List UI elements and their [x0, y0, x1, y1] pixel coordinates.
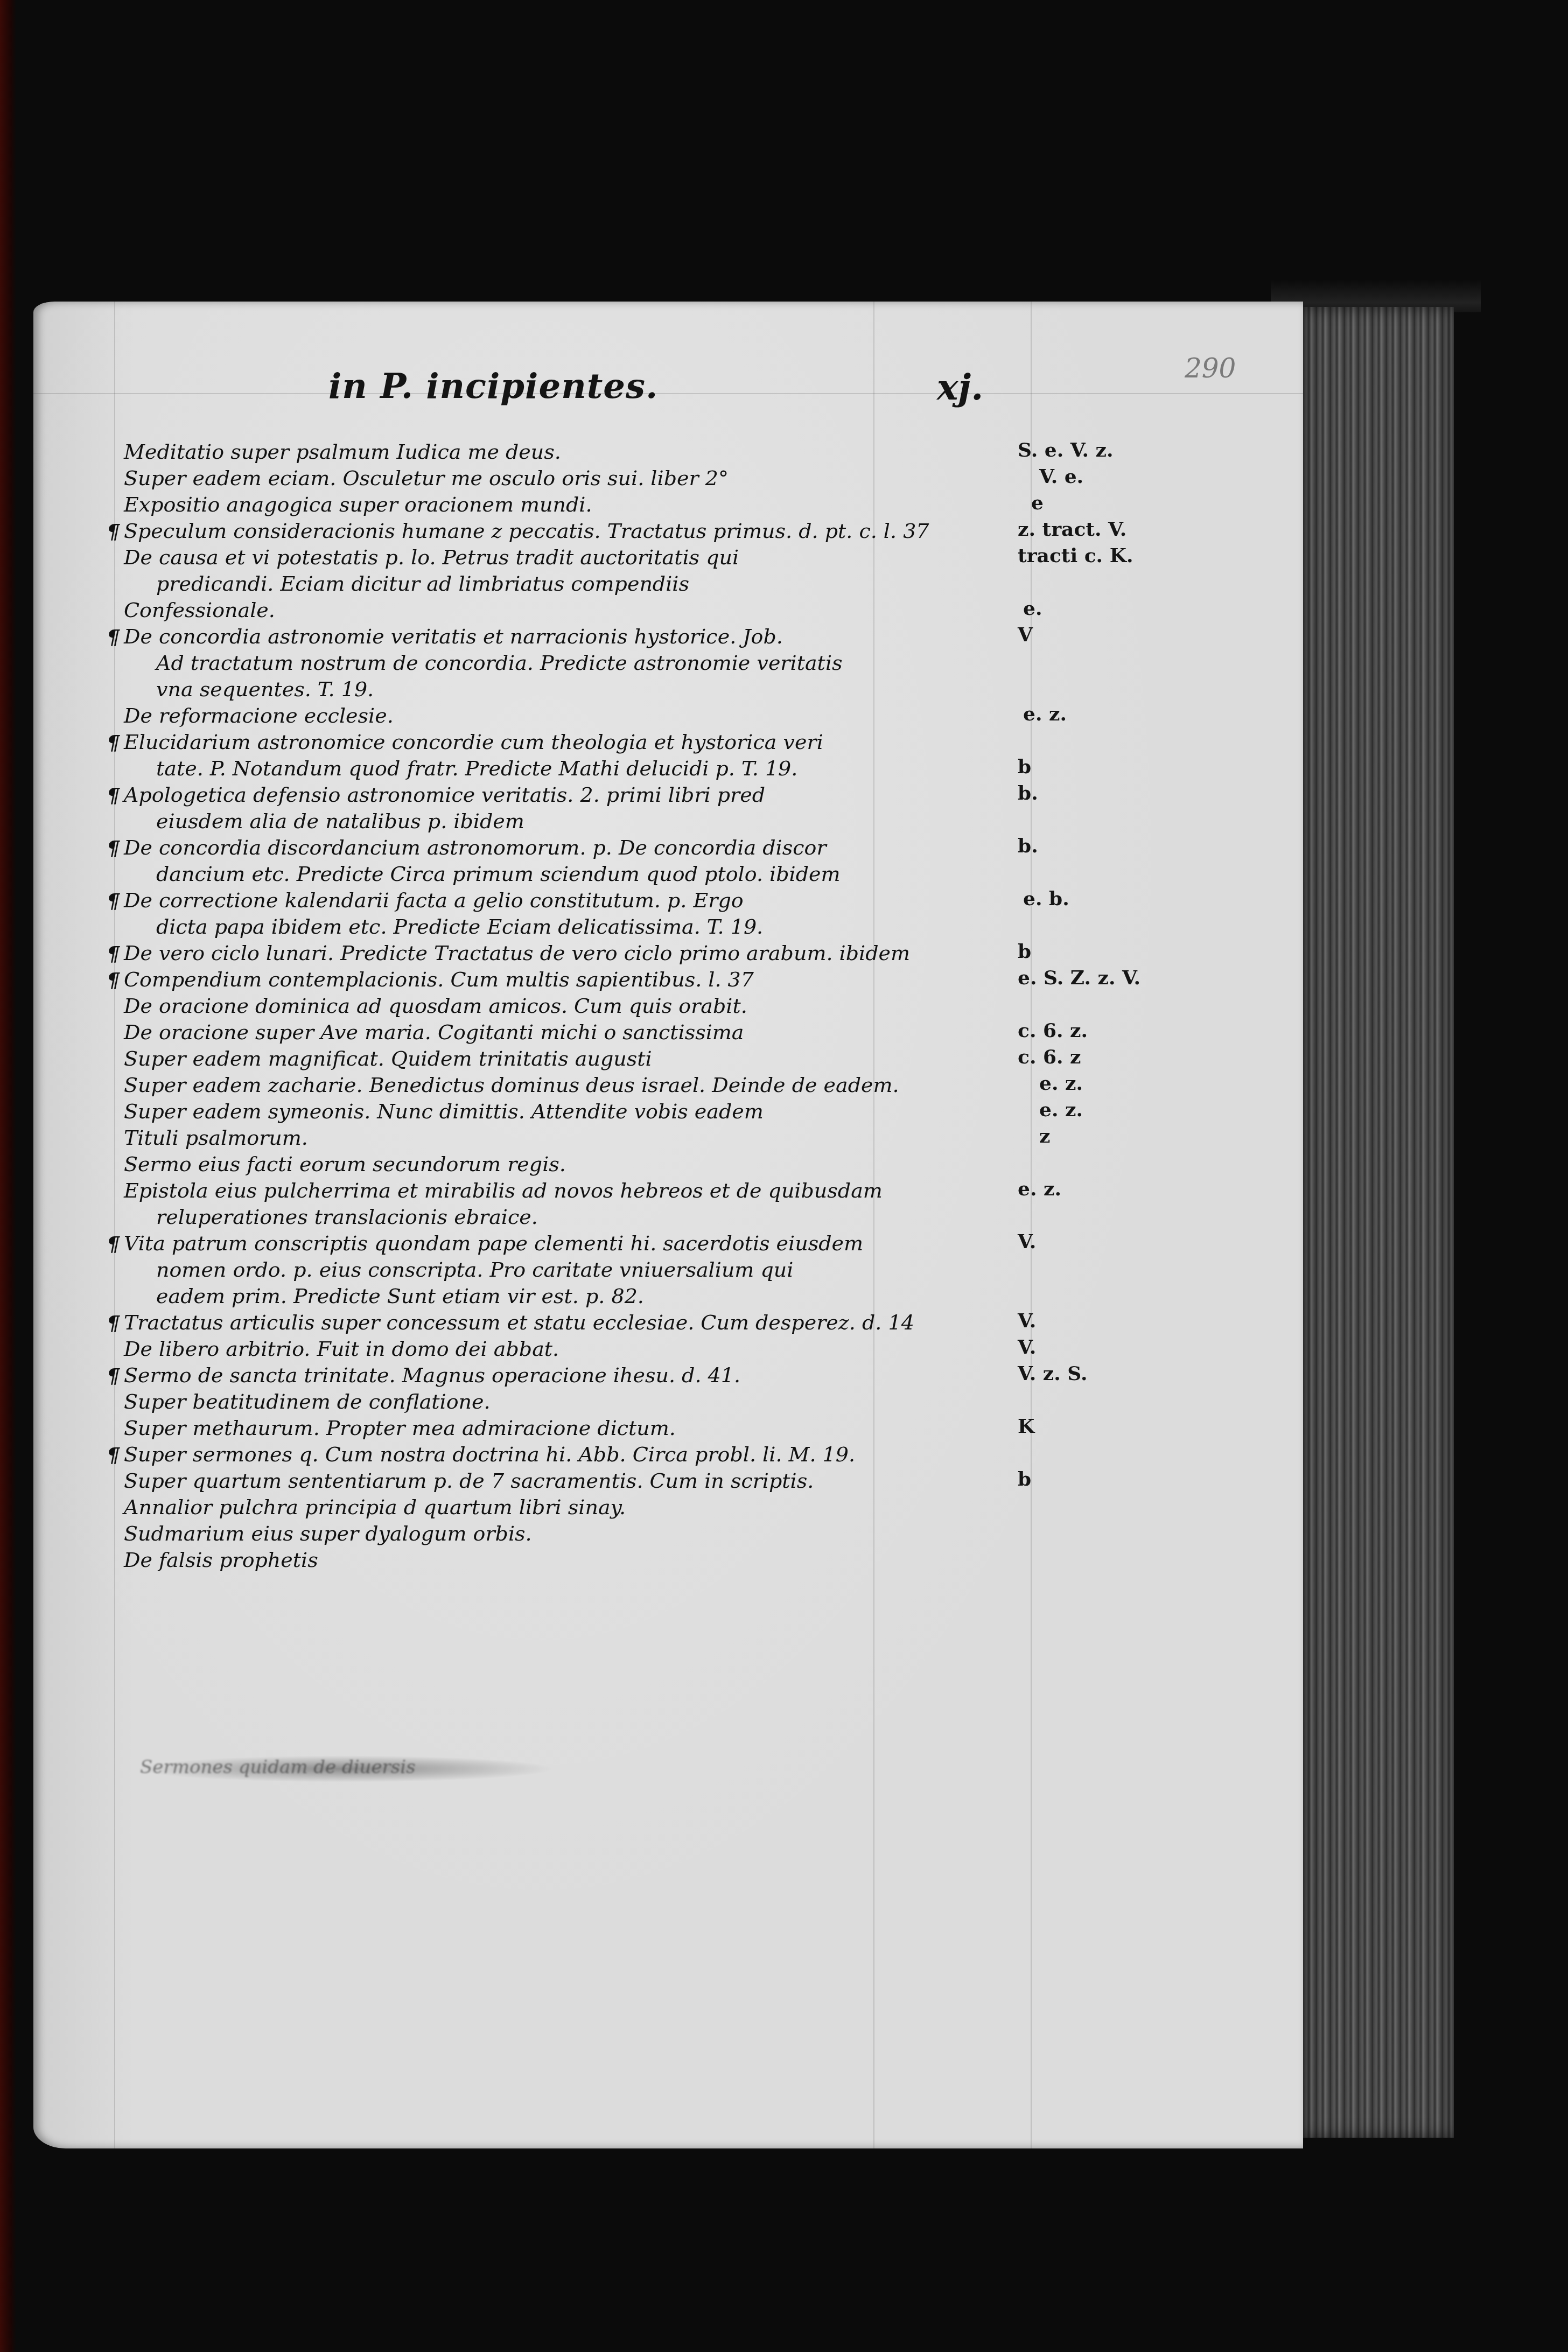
- ruling-line: [1031, 302, 1032, 2148]
- book-fore-edge: [1303, 307, 1454, 2138]
- shelfmark-siglum: e. z.: [1018, 1178, 1061, 1200]
- catalogue-entry: Ad tractatum nostrum de concordia. Predi…: [124, 650, 964, 676]
- quire-mark: xj.: [937, 366, 983, 408]
- catalogue-entry: dancium etc. Predicte Circa primum scien…: [124, 861, 964, 887]
- shelfmark-siglum: b: [1018, 755, 1031, 778]
- catalogue-entry: Meditatio super psalmum Iudica me deus.: [124, 439, 964, 465]
- smudged-line: Sermones quidam de diuersis: [140, 1756, 416, 1778]
- catalogue-entry: Speculum consideracionis humane z peccat…: [124, 518, 964, 544]
- shelfmark-siglum: V.: [1018, 1230, 1036, 1253]
- shelfmark-siglum: e. z.: [1023, 703, 1067, 725]
- catalogue-entry: Sudmarium eius super dyalogum orbis.: [124, 1521, 964, 1547]
- shelfmark-siglum: V. z. S.: [1018, 1362, 1087, 1385]
- catalogue-entry: reluperationes translacionis ebraice.: [124, 1204, 964, 1230]
- shelfmark-siglum: e. S. Z. z. V.: [1018, 967, 1140, 989]
- shelfmark-siglum: tracti c. K.: [1018, 544, 1133, 567]
- shelfmark-siglum: b: [1018, 940, 1031, 963]
- shelfmark-siglum: V: [1018, 624, 1033, 646]
- shelfmark-siglum: V. e.: [1039, 465, 1083, 488]
- catalogue-entry: Super quartum sententiarum p. de 7 sacra…: [124, 1468, 964, 1494]
- catalogue-entry: dicta papa ibidem etc. Predicte Eciam de…: [124, 914, 964, 940]
- catalogue-entries: Meditatio super psalmum Iudica me deus.S…: [124, 439, 964, 1573]
- shelfmark-siglum: b.: [1018, 782, 1038, 804]
- catalogue-entry: Tituli psalmorum.: [124, 1125, 964, 1151]
- shelfmark-siglum: e. b.: [1023, 887, 1069, 910]
- catalogue-entry: Expositio anagogica super oracionem mund…: [124, 492, 964, 518]
- shelfmark-siglum: K: [1018, 1415, 1034, 1438]
- catalogue-entry: Tractatus articulis super concessum et s…: [124, 1310, 964, 1336]
- catalogue-entry: De causa et vi potestatis p. lo. Petrus …: [124, 544, 964, 571]
- catalogue-entry: eadem prim. Predicte Sunt etiam vir est.…: [124, 1283, 964, 1310]
- catalogue-entry: eiusdem alia de natalibus p. ibidem: [124, 808, 964, 835]
- catalogue-entry: predicandi. Eciam dicitur ad limbriatus …: [124, 571, 964, 597]
- catalogue-entry: Confessionale.: [124, 597, 964, 624]
- catalogue-entry: Super eadem magnificat. Quidem trinitati…: [124, 1046, 964, 1072]
- shelfmark-siglum: e. z.: [1039, 1098, 1083, 1121]
- shelfmark-siglum: b.: [1018, 835, 1038, 857]
- catalogue-entry: Super beatitudinem de conflatione.: [124, 1389, 964, 1415]
- catalogue-entry: De oracione super Ave maria. Cogitanti m…: [124, 1019, 964, 1046]
- shelfmark-siglum: V.: [1018, 1310, 1036, 1332]
- catalogue-entry: Super eadem zacharie. Benedictus dominus…: [124, 1072, 964, 1098]
- catalogue-entry: Vita patrum conscriptis quondam pape cle…: [124, 1230, 964, 1257]
- catalogue-entry: De concordia astronomie veritatis et nar…: [124, 624, 964, 650]
- catalogue-entry: De falsis prophetis: [124, 1547, 964, 1573]
- catalogue-entry: Annalior pulchra principia d quartum lib…: [124, 1494, 964, 1521]
- ruling-line: [114, 302, 115, 2148]
- catalogue-entry: Apologetica defensio astronomice veritat…: [124, 782, 964, 808]
- catalogue-entry: tate. P. Notandum quod fratr. Predicte M…: [124, 755, 964, 782]
- catalogue-entry: Super methaurum. Propter mea admiracione…: [124, 1415, 964, 1441]
- folio-number: 290: [1185, 353, 1236, 384]
- catalogue-entry: De correctione kalendarii facta a gelio …: [124, 887, 964, 914]
- shelfmark-siglum: b: [1018, 1468, 1031, 1490]
- catalogue-entry: Super eadem symeonis. Nunc dimittis. Att…: [124, 1098, 964, 1125]
- catalogue-entry: De oracione dominica ad quosdam amicos. …: [124, 993, 964, 1019]
- shelfmark-siglum: z. tract. V.: [1018, 518, 1126, 541]
- catalogue-entry: Elucidarium astronomice concordie cum th…: [124, 729, 964, 755]
- catalogue-entry: vna sequentes. T. 19.: [124, 676, 964, 703]
- catalogue-entry: Sermo de sancta trinitate. Magnus operac…: [124, 1362, 964, 1389]
- running-heading: in P. incipientes.: [328, 366, 658, 407]
- catalogue-entry: Super sermones q. Cum nostra doctrina hi…: [124, 1441, 964, 1468]
- catalogue-entry: De reformacione ecclesie.: [124, 703, 964, 729]
- shelfmark-siglum: e: [1031, 492, 1044, 514]
- shelfmark-siglum: V.: [1018, 1336, 1036, 1359]
- shelfmark-siglum: e. z.: [1039, 1072, 1083, 1095]
- catalogue-entry: nomen ordo. p. eius conscripta. Pro cari…: [124, 1257, 964, 1283]
- catalogue-entry: De libero arbitrio. Fuit in domo dei abb…: [124, 1336, 964, 1362]
- catalogue-entry: Sermo eius facti eorum secundorum regis.: [124, 1151, 964, 1178]
- catalogue-entry: De concordia discordancium astronomorum.…: [124, 835, 964, 861]
- catalogue-entry: Super eadem eciam. Osculetur me osculo o…: [124, 465, 964, 492]
- catalogue-entry: Epistola eius pulcherrima et mirabilis a…: [124, 1178, 964, 1204]
- shelfmark-siglum: c. 6. z.: [1018, 1019, 1088, 1042]
- shelfmark-siglum: c. 6. z: [1018, 1046, 1081, 1068]
- film-edge-strip: [0, 0, 16, 2352]
- catalogue-entry: De vero ciclo lunari. Predicte Tractatus…: [124, 940, 964, 967]
- shelfmark-siglum: e.: [1023, 597, 1042, 620]
- catalogue-entry: Compendium contemplacionis. Cum multis s…: [124, 967, 964, 993]
- ruling-line: [33, 393, 1303, 394]
- shelfmark-siglum: S. e. V. z.: [1018, 439, 1113, 461]
- shelfmark-siglum: z: [1039, 1125, 1050, 1147]
